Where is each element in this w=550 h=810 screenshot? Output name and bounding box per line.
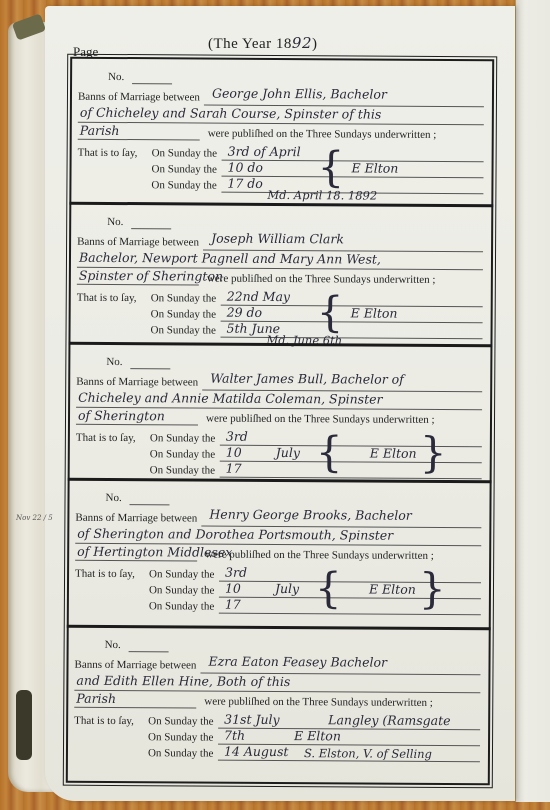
year-prefix: (The Year 18 — [208, 36, 292, 52]
names-line-2: Chicheley and Annie Matilda Coleman, Spi… — [78, 390, 382, 407]
sunday-3-label: On Sunday the — [151, 179, 216, 191]
sunday-1-label: On Sunday the — [152, 147, 217, 159]
published-text: were publiſhed on the Three Sundays unde… — [206, 413, 435, 426]
names-rule-2 — [74, 690, 480, 693]
sunday-3-date: 17 — [225, 597, 241, 612]
closing-brace: } — [419, 568, 446, 610]
sunday-3-date: 14 August — [224, 744, 289, 759]
that-is-to-say-label: That is to ſay, — [75, 568, 135, 580]
sunday-1-date: 3rd — [226, 429, 248, 444]
sunday-3-date: 17 — [226, 461, 242, 476]
names-line-1: Walter James Bull, Bachelor of — [210, 371, 404, 387]
sunday-2-date: 7th — [224, 728, 245, 743]
sunday-3-label: On Sunday the — [149, 600, 214, 612]
sunday-3-label: On Sunday the — [148, 747, 213, 759]
sunday-2-label: On Sunday the — [149, 584, 214, 596]
entry-number-label: No. — [108, 71, 124, 83]
that-is-to-say-label: That is to ſay, — [78, 147, 138, 159]
entry-number-line — [132, 83, 172, 84]
officiant-signature: E Elton — [369, 582, 416, 597]
sunday-1-date: 3rd — [225, 565, 247, 580]
names-line-2: Bachelor, Newport Pagnell and Mary Ann W… — [79, 250, 381, 267]
names-rule-3 — [76, 424, 198, 426]
names-line-2: of Chicheley and Sarah Course, Spinster … — [80, 105, 382, 122]
marriage-note: Md. April 18. 1892 — [267, 188, 377, 203]
names-rule-3 — [75, 560, 197, 562]
names-line-3: Spinster of Sherington — [79, 268, 223, 284]
names-line-1: Ezra Eaton Feasey Bachelor — [208, 654, 387, 670]
date-brace: { — [315, 567, 342, 609]
names-rule-3 — [74, 707, 196, 709]
sunday-month: July — [276, 445, 300, 460]
published-text: were publiſhed on the Three Sundays unde… — [205, 549, 434, 562]
banns-entry: No. Banns of Marriage between Joseph Wil… — [70, 204, 491, 347]
sunday-3-rule — [221, 337, 483, 340]
published-text: were publiſhed on the Three Sundays unde… — [204, 696, 433, 709]
names-line-1: Joseph William Clark — [211, 231, 344, 247]
sunday-2-date: 10 — [226, 445, 242, 460]
banns-label: Banns of Marriage between — [78, 91, 200, 104]
banns-entry: No. Banns of Marriage between Henry Geor… — [69, 480, 490, 630]
sunday-2-label: On Sunday the — [151, 308, 216, 320]
marriage-note: S. Elston, V. of Selling — [304, 746, 432, 761]
sunday-2-date: 10 do — [228, 160, 264, 175]
published-text: were publiſhed on the Three Sundays unde… — [207, 273, 436, 286]
names-line-1: George John Ellis, Bachelor — [212, 86, 387, 102]
names-line-3: Parish — [76, 691, 116, 706]
closing-brace: } — [420, 432, 447, 474]
sunday-2-label: On Sunday the — [151, 163, 216, 175]
sunday-1-rule — [218, 728, 480, 731]
names-line-2: and Edith Ellen Hine, Both of this — [76, 673, 290, 689]
banns-label: Banns of Marriage between — [76, 376, 198, 389]
entry-number-label: No. — [105, 492, 121, 504]
sunday-1-date: 22nd May — [227, 289, 290, 304]
that-is-to-say-label: That is to ſay, — [76, 432, 136, 444]
sunday-2-date: 29 do — [227, 305, 263, 320]
date-brace: { — [317, 146, 344, 188]
entry-number-label: No. — [107, 216, 123, 228]
sunday-1-label: On Sunday the — [150, 432, 215, 444]
officiant-signature: E Elton — [352, 160, 399, 175]
names-rule-3 — [78, 139, 200, 141]
names-line-1: Henry George Brooks, Bachelor — [209, 507, 411, 523]
entry-number-line — [131, 228, 171, 229]
names-line-2: of Sherington and Dorothea Portsmouth, S… — [77, 526, 393, 543]
names-line-3: of Sherington — [78, 408, 165, 424]
entry-number-label: No. — [105, 639, 121, 651]
year-suffix: ) — [312, 36, 318, 52]
sunday-3-date: 17 do — [227, 176, 263, 191]
sunday-1-label: On Sunday the — [148, 715, 213, 727]
year-title: (The Year 1892) — [208, 34, 318, 53]
banns-entry: No. Banns of Marriage between George Joh… — [71, 59, 492, 207]
entry-number-label: No. — [106, 356, 122, 368]
torn-binding-lower — [16, 690, 32, 760]
sunday-3-label: On Sunday the — [151, 324, 216, 336]
officiant-signature: E Elton — [370, 446, 417, 461]
sunday-2-label: On Sunday the — [150, 448, 215, 460]
sunday-1-date: 3rd of April — [228, 144, 301, 159]
names-line-3: Parish — [80, 123, 120, 138]
entry-number-line — [129, 651, 169, 652]
entry-number-line — [130, 368, 170, 369]
sunday-1-label: On Sunday the — [149, 568, 214, 580]
officiant-2: E Elton — [294, 728, 341, 743]
sunday-1-date: 31st July — [224, 712, 280, 727]
officiant-1: Langley (Ramsgate — [328, 712, 450, 728]
published-text: were publiſhed on the Three Sundays unde… — [208, 128, 437, 141]
sunday-2-label: On Sunday the — [148, 731, 213, 743]
year-handwritten: 92 — [292, 34, 312, 52]
sunday-month: July — [275, 581, 299, 596]
date-brace: { — [316, 431, 343, 473]
banns-label: Banns of Marriage between — [77, 236, 199, 249]
sunday-2-date: 10 — [225, 581, 241, 596]
names-rule-3 — [77, 284, 199, 286]
sunday-3-rule — [219, 613, 481, 616]
entry-number-line — [129, 504, 169, 505]
margin-note: Nov 22 / 5 — [16, 514, 53, 522]
date-brace: { — [317, 291, 344, 333]
banns-entry: No. Banns of Marriage between Walter Jam… — [70, 344, 491, 483]
that-is-to-say-label: That is to ſay, — [74, 715, 134, 727]
sunday-3-label: On Sunday the — [150, 464, 215, 476]
that-is-to-say-label: That is to ſay, — [77, 292, 137, 304]
names-rule-2 — [78, 122, 484, 125]
banns-label: Banns of Marriage between — [75, 512, 197, 525]
banns-entry: No. Banns of Marriage between Ezra Eaton… — [68, 627, 489, 784]
banns-register-frame: No. Banns of Marriage between George Joh… — [66, 57, 494, 786]
banns-label: Banns of Marriage between — [74, 659, 196, 672]
officiant-signature: E Elton — [351, 305, 398, 320]
sunday-1-label: On Sunday the — [151, 292, 216, 304]
facing-page-edge — [515, 0, 550, 802]
